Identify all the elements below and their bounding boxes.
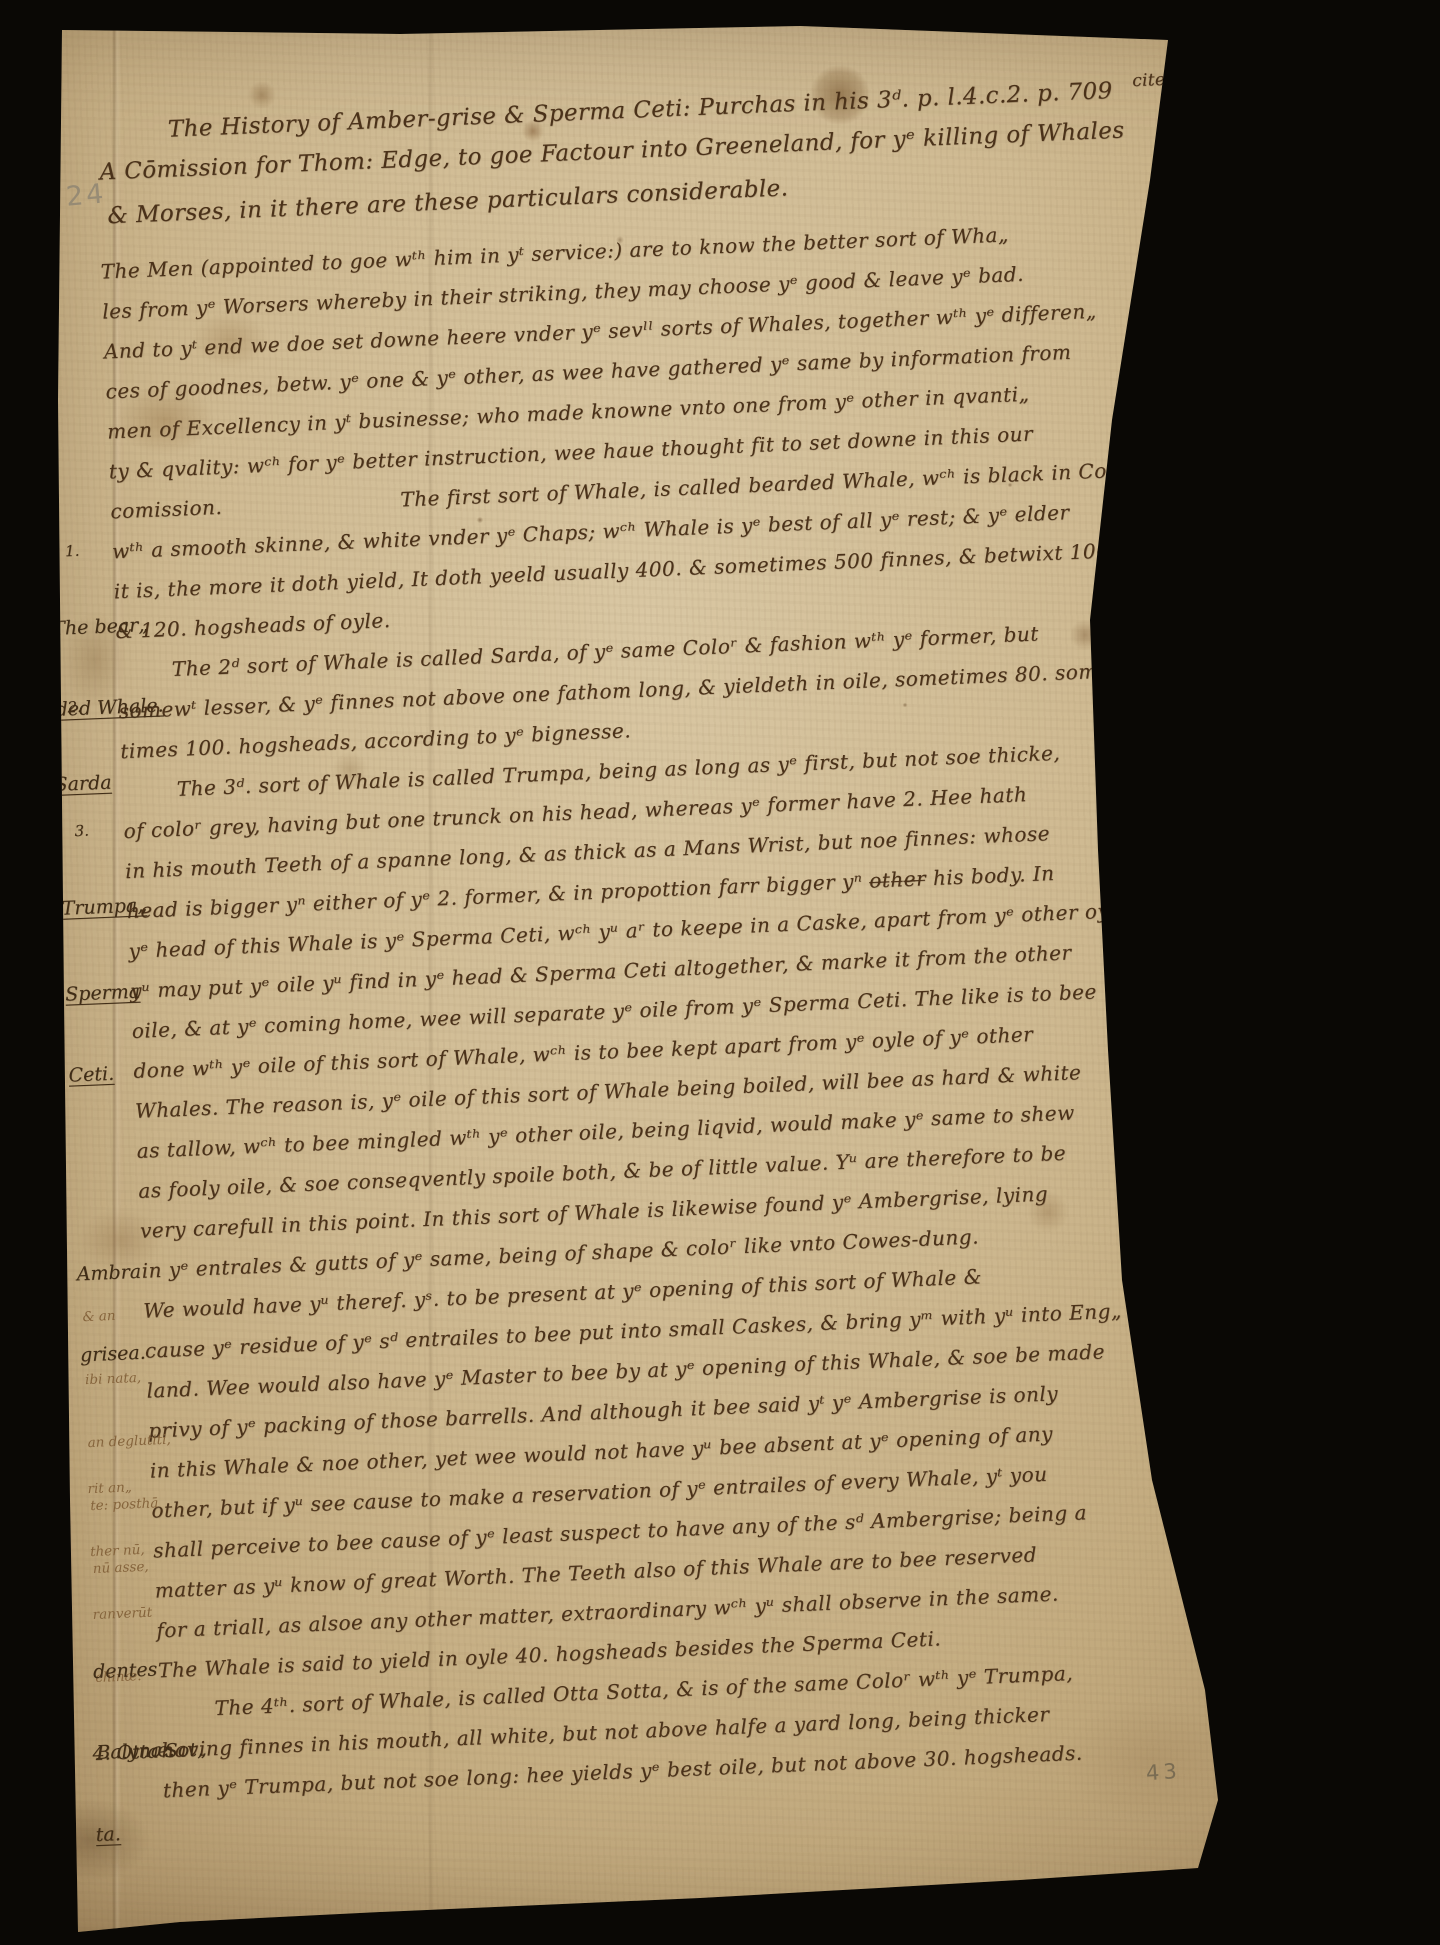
body-text: The Men (appointed to goe wᵗʰ him in yᵗ …: [100, 210, 1173, 1810]
handwritten-text-layer: The History of Amber-grise & Sperma Ceti…: [87, 13, 1222, 1895]
manuscript-photo: 24 43 The History of Amber-grise & Sperm…: [0, 0, 1440, 1945]
heading-citeth-annotation: citeth.: [1132, 69, 1190, 91]
margin-note-line: ibi nata,: [85, 1365, 206, 1391]
margin-note-sperma-ceti: Sperma Ceti.: [63, 922, 202, 1143]
margin-note-line: rit an„: [87, 1474, 208, 1500]
margin-note-line: Ceti.: [68, 1057, 199, 1089]
margin-note-line: The bear„: [52, 611, 183, 643]
margin-note-line: Trumpa„: [61, 890, 192, 922]
margin-note-line: ther nū,: [90, 1537, 211, 1563]
margin-note-line: ta.: [95, 1817, 226, 1849]
margin-note-number: 2.: [67, 693, 182, 718]
margin-note-otta-sotta: 4. Otta Sot„ ta.: [90, 1682, 229, 1903]
margin-note-number: 1.: [65, 537, 180, 562]
heading-line-3: & Morses, in it there are these particul…: [107, 175, 789, 229]
margin-note-line: dentes: [93, 1654, 224, 1686]
margin-note-line: 4. Otta Sot„: [92, 1736, 223, 1768]
margin-note-number: 3.: [74, 816, 189, 841]
margin-note-line: & an: [82, 1302, 203, 1328]
manuscript-page: 24 43 The History of Amber-grise & Sperm…: [0, 0, 1440, 1945]
margin-note-line: Sperma: [65, 976, 196, 1008]
